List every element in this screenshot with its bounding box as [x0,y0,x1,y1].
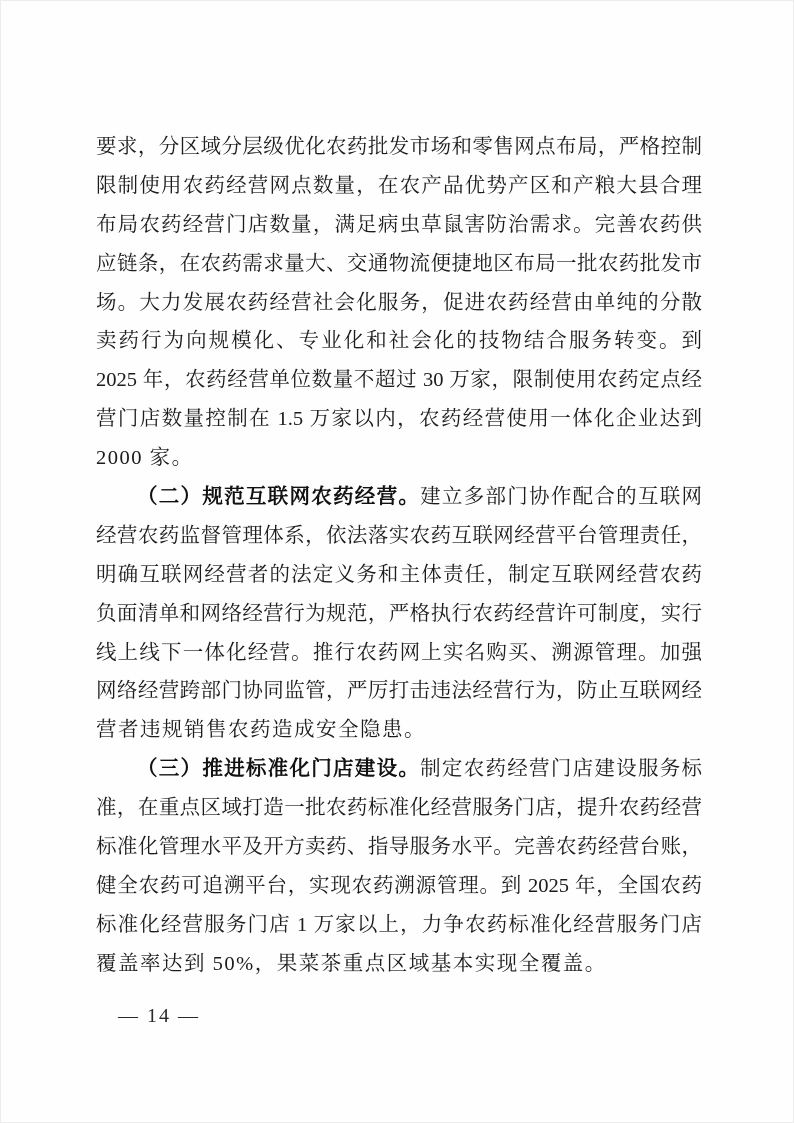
document-body: 要求，分区域分层级优化农药批发市场和零售网点布局，严格控制 限制使用农药经营网点… [96,128,702,984]
text-line-10-section-2-heading: （二）规范互联网农药经营。建立多部门协作配合的互联网 [96,478,702,517]
text-line-3: 布局农药经营门店数量，满足病虫草鼠害防治需求。完善农药供 [96,206,702,245]
text-line-1: 要求，分区域分层级优化农药批发市场和零售网点布局，严格控制 [96,128,702,167]
section-2-lead-text: 建立多部门协作配合的互联网 [420,486,702,508]
text-line-20: 健全农药可追溯平台，实现农药溯源管理。到 2025 年，全国农药 [96,867,702,906]
text-line-8: 营门店数量控制在 1.5 万家以内，农药经营使用一体化企业达到 [96,400,702,439]
section-3-heading-bold: （三）推进标准化门店建设。 [137,758,420,780]
section-2-heading-bold: （二）规范互联网农药经营。 [137,486,420,508]
text-line-5: 场。大力发展农药经营社会化服务，促进农药经营由单纯的分散 [96,284,702,323]
text-line-15: 网络经营跨部门协同监管，严厉打击违法经营行为，防止互联网经 [96,672,702,711]
page-number: — 14 — [118,1001,200,1031]
text-line-19: 标准化管理水平及开方卖药、指导服务水平。完善农药经营台账， [96,828,702,867]
document-page: 要求，分区域分层级优化农药批发市场和零售网点布局，严格控制 限制使用农药经营网点… [0,0,794,1123]
text-line-9-paragraph-end: 2000 家。 [96,439,702,478]
text-line-6: 卖药行为向规模化、专业化和社会化的技物结合服务转变。到 [96,322,702,361]
text-line-16-paragraph-end: 营者违规销售农药造成安全隐患。 [96,711,702,750]
text-line-14: 线上线下一体化经营。推行农药网上实名购买、溯源管理。加强 [96,634,702,673]
text-line-7: 2025 年，农药经营单位数量不超过 30 万家，限制使用农药定点经 [96,361,702,400]
text-line-12: 明确互联网经营者的法定义务和主体责任，制定互联网经营农药 [96,556,702,595]
text-line-2: 限制使用农药经营网点数量，在农产品优势产区和产粮大县合理 [96,167,702,206]
text-line-17-section-3-heading: （三）推进标准化门店建设。制定农药经营门店建设服务标 [96,750,702,789]
text-line-21: 标准化经营服务门店 1 万家以上，力争农药标准化经营服务门店 [96,906,702,945]
text-line-11: 经营农药监督管理体系，依法落实农药互联网经营平台管理责任， [96,517,702,556]
text-line-18: 准，在重点区域打造一批农药标准化经营服务门店，提升农药经营 [96,789,702,828]
section-3-lead-text: 制定农药经营门店建设服务标 [420,758,702,780]
text-line-13: 负面清单和网络经营行为规范，严格执行农药经营许可制度，实行 [96,595,702,634]
text-line-4: 应链条，在农药需求量大、交通物流便捷地区布局一批农药批发市 [96,245,702,284]
text-line-22-paragraph-end: 覆盖率达到 50%，果菜茶重点区域基本实现全覆盖。 [96,945,702,984]
